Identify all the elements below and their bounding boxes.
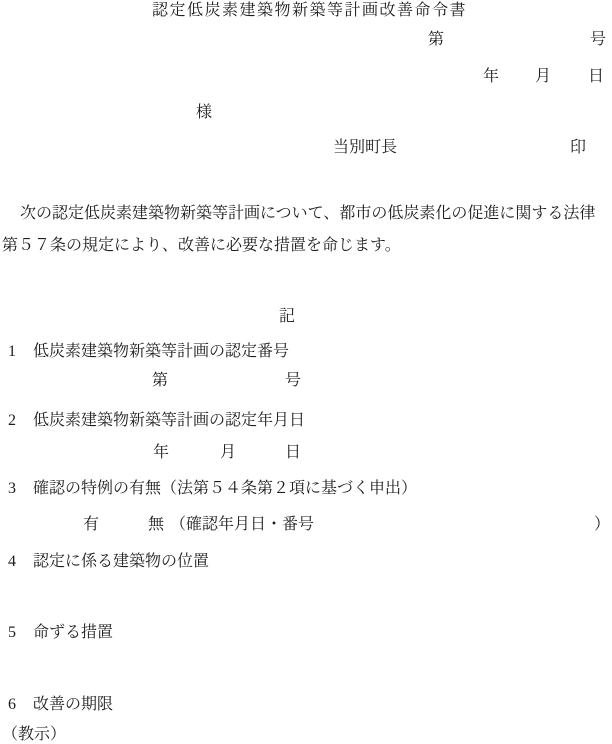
- issuer-seal-mark: 印: [570, 139, 586, 157]
- item-6-label: 改善の期限: [33, 696, 113, 714]
- item-3-number: 3: [8, 480, 16, 498]
- item-2-number: 2: [8, 412, 16, 430]
- cert-date-blank-year: 年: [153, 444, 169, 462]
- cert-number-blank-suffix: 号: [285, 372, 301, 390]
- confirmation-option-no: 無: [148, 516, 164, 534]
- addressee-honorific: 様: [196, 104, 212, 122]
- item-2-label: 低炭素建築物新築等計画の認定年月日: [33, 412, 305, 430]
- issue-date-year-label: 年: [483, 68, 499, 86]
- doc-number-suffix: 号: [590, 31, 606, 49]
- issue-date-month-label: 月: [535, 68, 551, 86]
- item-4-label: 認定に係る建築物の位置: [33, 553, 209, 571]
- item-1-label: 低炭素建築物新築等計画の認定番号: [33, 343, 289, 361]
- cert-date-blank-day: 日: [285, 444, 301, 462]
- cert-number-blank-prefix: 第: [152, 372, 168, 390]
- legal-notice-heading: （教示）: [2, 726, 66, 744]
- confirmation-detail-label: （確認年月日・番号: [170, 516, 314, 534]
- item-3-label: 確認の特例の有無（法第５４条第２項に基づく申出）: [33, 480, 417, 498]
- item-5-number: 5: [8, 624, 16, 642]
- confirmation-detail-close-paren: ）: [594, 516, 610, 534]
- confirmation-option-yes: 有: [83, 516, 99, 534]
- item-5-label: 命ずる措置: [33, 624, 113, 642]
- doc-number-prefix: 第: [428, 31, 444, 49]
- item-6-number: 6: [8, 696, 16, 714]
- record-heading: 記: [279, 308, 295, 326]
- document-title: 認定低炭素建築物新築等計画改善命令書: [152, 2, 467, 20]
- item-4-number: 4: [8, 553, 16, 571]
- issuer-title: 当別町長: [333, 139, 397, 157]
- body-paragraph-line-1: 次の認定低炭素建築物新築等計画について、都市の低炭素化の促進に関する法律: [4, 205, 595, 223]
- item-1-number: 1: [8, 343, 16, 361]
- document-page: 認定低炭素建築物新築等計画改善命令書 第 号 年 月 日 様 当別町長 印 次の…: [0, 0, 612, 744]
- body-paragraph-line-2: 第５７条の規定により、改善に必要な措置を命じます。: [2, 237, 401, 255]
- issue-date-day-label: 日: [588, 68, 604, 86]
- cert-date-blank-month: 月: [220, 444, 236, 462]
